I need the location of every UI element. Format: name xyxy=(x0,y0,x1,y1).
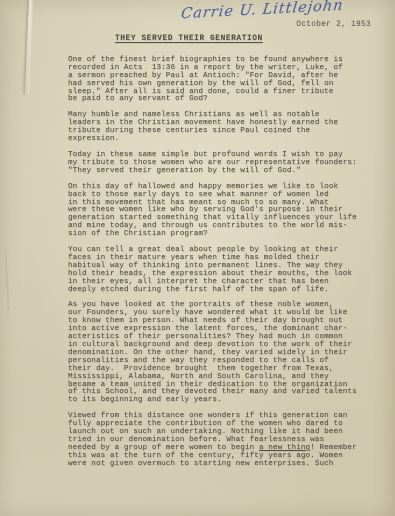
paragraph: One of the finest brief biographies to b… xyxy=(68,57,372,104)
typed-date: October 2, 1953 xyxy=(0,21,371,29)
scanned-document-page: Carrie U. Littlejohn October 2, 1953 THE… xyxy=(0,0,395,516)
paper-crease-mark-lower xyxy=(4,250,9,310)
document-body: THEY SERVED THEIR GENERATION One of the … xyxy=(68,36,372,477)
paragraph: On this day of hallowed and happy memori… xyxy=(68,184,372,239)
paragraph: Today in these same simple but profound … xyxy=(68,152,372,176)
document-title: THEY SERVED THEIR GENERATION xyxy=(68,36,372,44)
paragraph: You can tell a great deal about people b… xyxy=(68,247,372,294)
underlined-phrase: a new thing xyxy=(259,444,310,452)
paragraph: Many humble and nameless Christians as w… xyxy=(68,112,372,144)
paragraph: As you have looked at the portraits of t… xyxy=(68,302,372,405)
paper-crease-mark xyxy=(25,0,32,94)
final-paragraph: Viewed from this distance one wonders if… xyxy=(68,413,372,468)
handwritten-signature: Carrie U. Littlejohn xyxy=(180,0,382,22)
document-title-text: THEY SERVED THEIR GENERATION xyxy=(115,35,263,43)
